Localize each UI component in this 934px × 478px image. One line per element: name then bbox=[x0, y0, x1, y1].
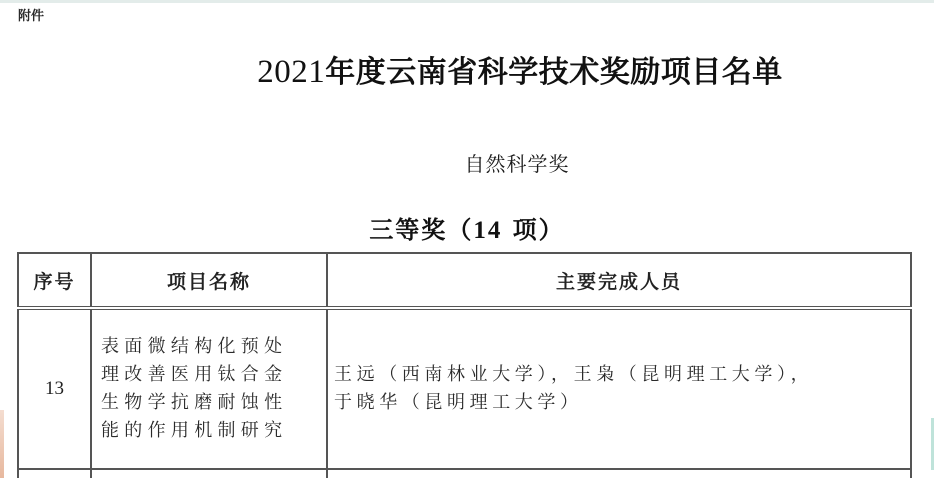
award-grade-heading: 三等奖（14 项） bbox=[0, 210, 934, 245]
column-header-main-contributors: 主要完成人员 bbox=[327, 253, 911, 308]
award-table: 序号 项目名称 主要完成人员 13 表面微结构化预处 理改善医用钛合金 生物学抗… bbox=[17, 252, 912, 478]
award-table-container: 序号 项目名称 主要完成人员 13 表面微结构化预处 理改善医用钛合金 生物学抗… bbox=[17, 252, 911, 478]
award-grade-open-paren: （ bbox=[447, 215, 473, 244]
contributors-line: 王远（西南林业大学），王枭（昆明理工大学）， bbox=[334, 361, 902, 389]
project-name-line: 理改善医用钛合金 bbox=[101, 361, 320, 389]
left-edge-fragment bbox=[0, 410, 4, 478]
award-grade-unit: 项 bbox=[513, 215, 539, 244]
column-header-index: 序号 bbox=[18, 253, 91, 308]
table-row-partial bbox=[18, 469, 911, 478]
award-category-heading: 自然科学奖 bbox=[0, 148, 934, 177]
row-index: 13 bbox=[18, 308, 91, 469]
table-row: 13 表面微结构化预处 理改善医用钛合金 生物学抗磨耐蚀性 能的作用机制研究 王… bbox=[18, 308, 911, 469]
table-header-row: 序号 项目名称 主要完成人员 bbox=[18, 253, 911, 308]
award-grade-count: 14 bbox=[473, 217, 502, 244]
project-name-line: 生物学抗磨耐蚀性 bbox=[101, 389, 320, 417]
title-year: 2021 bbox=[257, 54, 325, 90]
row-main-contributors: 王远（西南林业大学），王枭（昆明理工大学）， 于晓华（昆明理工大学） bbox=[327, 308, 911, 469]
contributors-line: 于晓华（昆明理工大学） bbox=[334, 389, 902, 417]
award-grade-close-paren: ） bbox=[539, 215, 565, 244]
document-title: 2021年度云南省科学技术奖励项目名单 bbox=[0, 47, 934, 91]
attachment-label: 附件 bbox=[18, 5, 44, 24]
title-text: 年度云南省科学技术奖励项目名单 bbox=[325, 55, 783, 90]
project-name-line: 能的作用机制研究 bbox=[101, 417, 320, 445]
partial-cell bbox=[91, 469, 327, 478]
row-project-name: 表面微结构化预处 理改善医用钛合金 生物学抗磨耐蚀性 能的作用机制研究 bbox=[91, 308, 327, 469]
top-edge-strip bbox=[0, 0, 934, 3]
partial-cell bbox=[18, 469, 91, 478]
award-grade-label: 三等奖 bbox=[369, 215, 447, 244]
column-header-project-name: 项目名称 bbox=[91, 253, 327, 308]
partial-cell bbox=[327, 469, 911, 478]
project-name-line: 表面微结构化预处 bbox=[101, 333, 320, 361]
